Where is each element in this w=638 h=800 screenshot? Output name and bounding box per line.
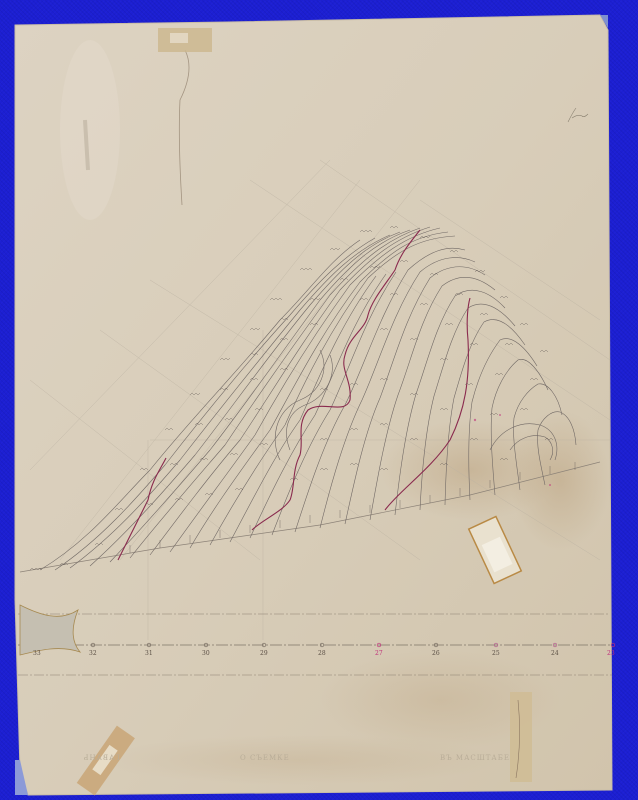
bleed-text-left: ГАВАНЬ <box>83 754 120 762</box>
axis-label-24: 24 <box>551 650 559 657</box>
axis-label-23: 23 <box>607 650 615 657</box>
axis-label-25: 25 <box>492 650 500 657</box>
axis-label-27: 27 <box>375 650 383 657</box>
axis-label-30: 30 <box>202 650 210 657</box>
axis-label-31: 31 <box>145 650 153 657</box>
axis-labels-layer: 33 32 31 30 29 28 27 26 25 24 23 ГАВАНЬ … <box>0 0 638 800</box>
axis-label-26: 26 <box>432 650 440 657</box>
bleed-text-right: ВЪ МАСШТАБЕ <box>440 754 510 762</box>
axis-label-32: 32 <box>89 650 97 657</box>
axis-label-28: 28 <box>318 650 326 657</box>
axis-label-29: 29 <box>260 650 268 657</box>
bleed-text-center: О СЪЕМКЕ <box>240 754 290 762</box>
axis-label-33: 33 <box>33 650 41 657</box>
